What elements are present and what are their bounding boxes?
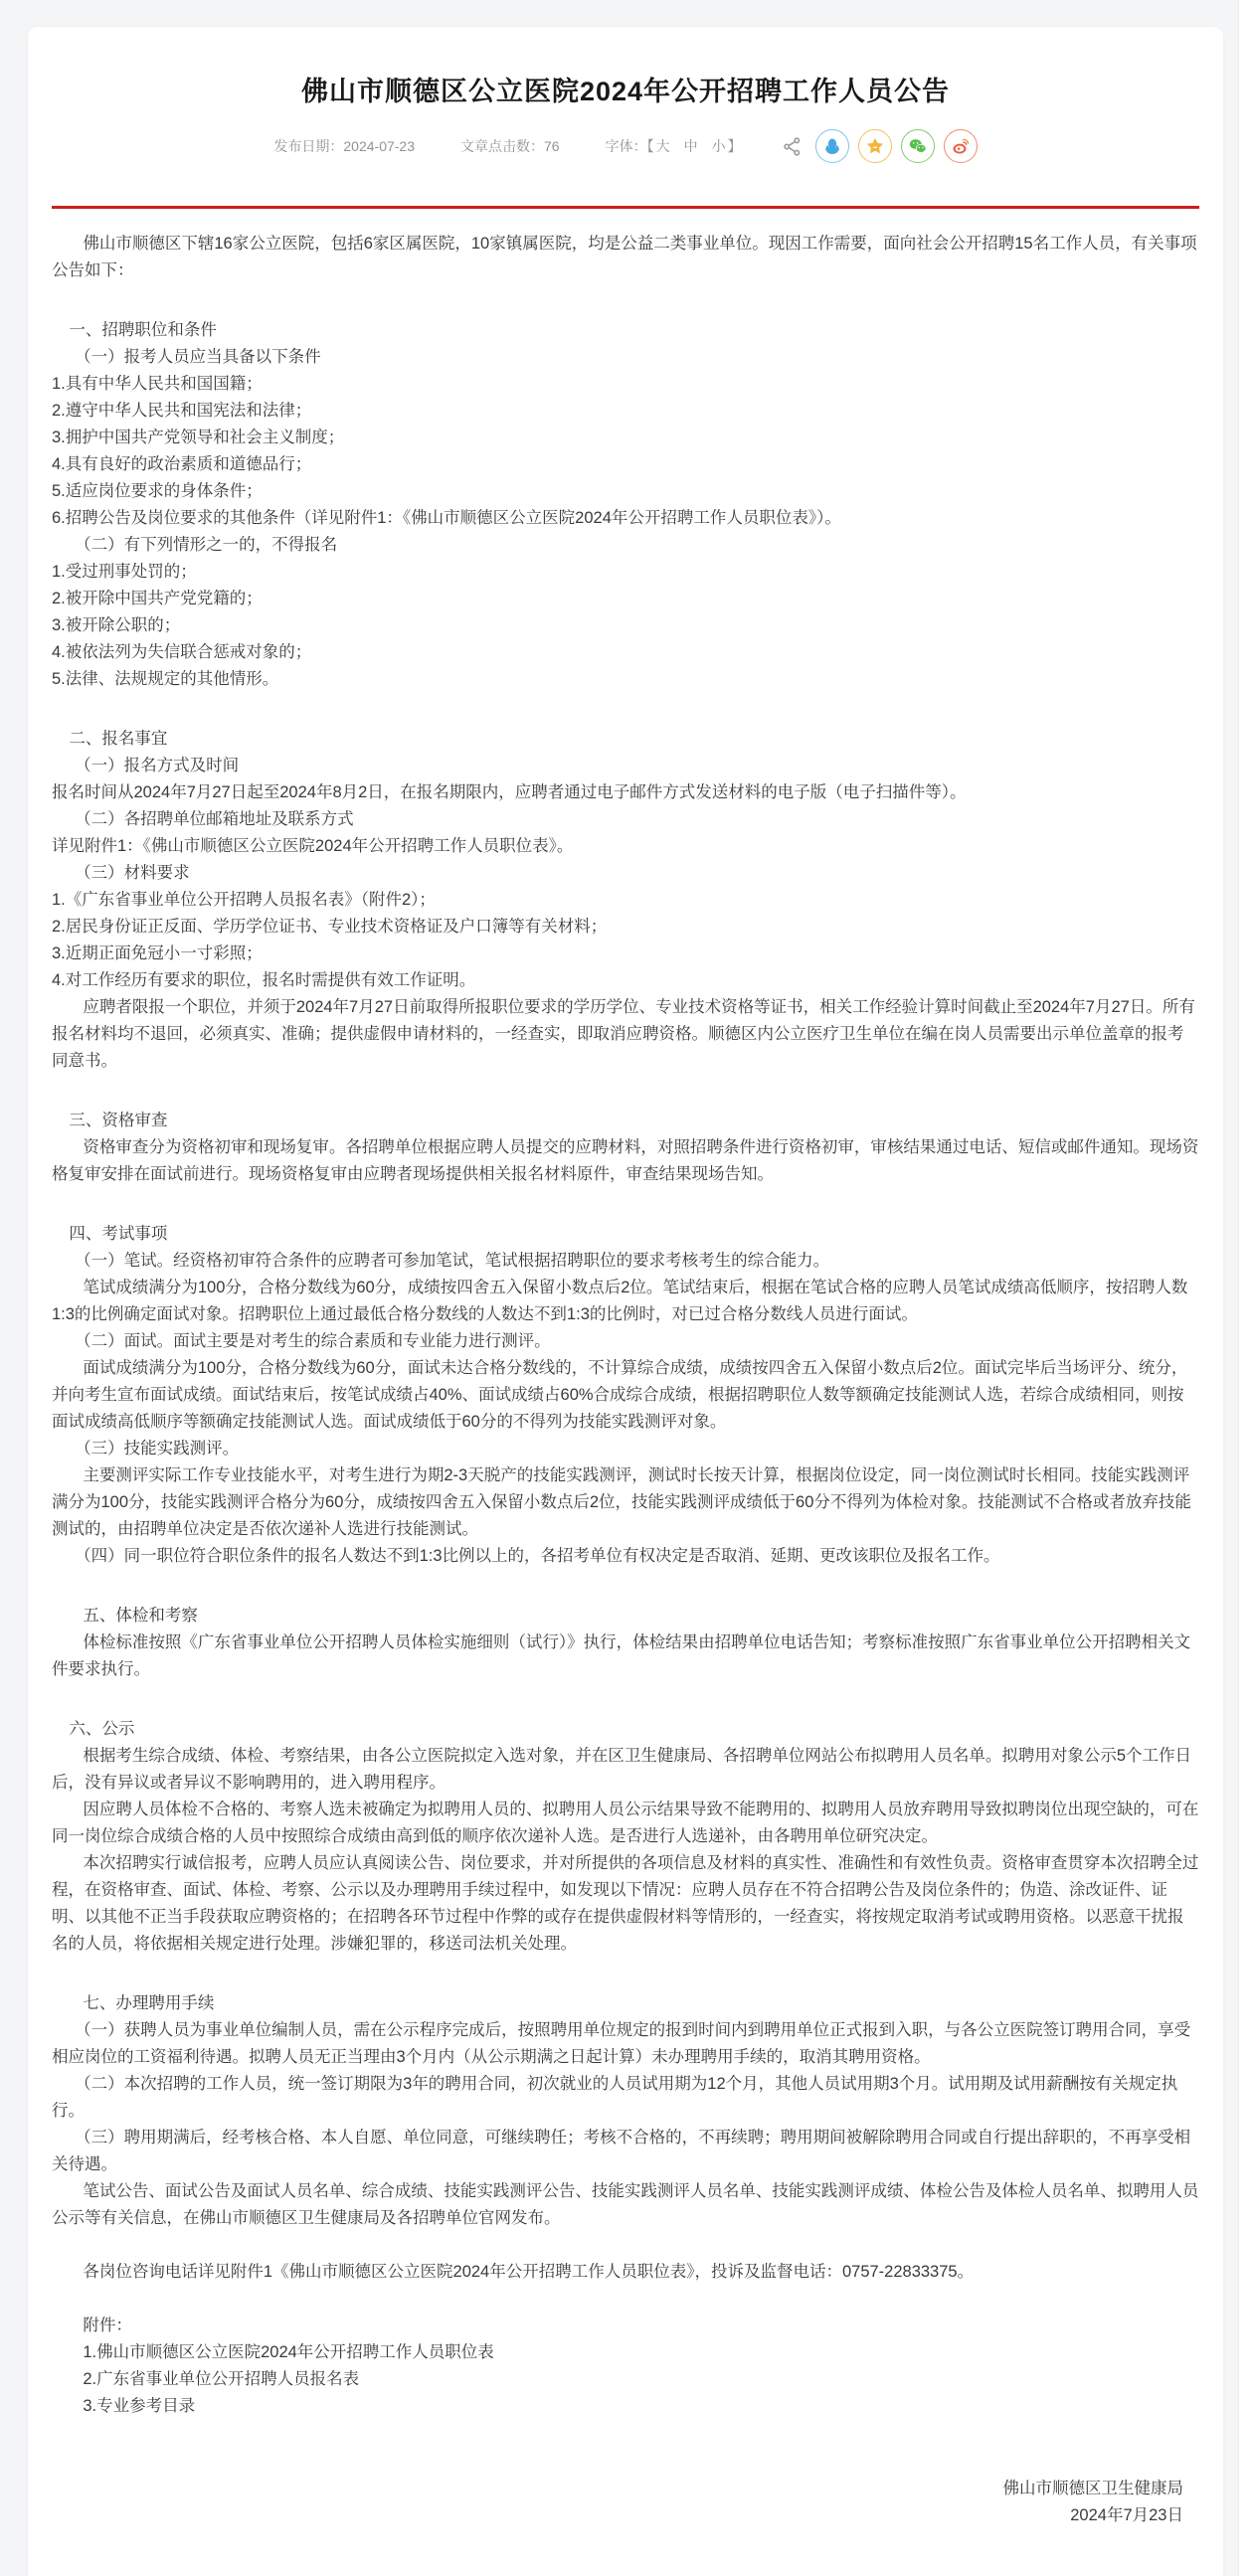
article-paragraph: 主要测评实际工作专业技能水平，对考生进行为期2-3天脱产的技能实践测评，测试时长…: [52, 1462, 1199, 1543]
article-paragraph: 详见附件1：《佛山市顺德区公立医院2024年公开招聘工作人员职位表》。: [52, 833, 1199, 860]
article-hits: 文章点击数：76: [460, 136, 560, 156]
font-size-large[interactable]: 大: [656, 136, 670, 156]
share-toolbar: [782, 129, 978, 163]
article-paragraph: （二）有下列情形之一的，不得报名: [52, 532, 1199, 559]
hits-label: 文章点击数：: [460, 138, 544, 154]
publish-date: 发布日期：2024-07-23: [273, 136, 415, 156]
article-paragraph: 2.被开除中国共产党党籍的；: [52, 586, 1199, 612]
publish-date-value: 2024-07-23: [343, 138, 415, 154]
scrollbar[interactable]: [1238, 0, 1251, 2576]
article-paragraph: 1.佛山市顺德区公立医院2024年公开招聘工作人员职位表: [52, 2339, 1199, 2366]
article-content: 佛山市顺德区下辖16家公立医院，包括6家区属医院，10家镇属医院，均是公益二类事…: [52, 231, 1199, 2420]
article-paragraph: 佛山市顺德区下辖16家公立医院，包括6家区属医院，10家镇属医院，均是公益二类事…: [52, 231, 1199, 284]
article-paragraph: 4.具有良好的政治素质和道德品行；: [52, 451, 1199, 478]
share-wechat-icon[interactable]: [901, 129, 935, 163]
article-paragraph: 1.具有中华人民共和国国籍；: [52, 371, 1199, 398]
article-paragraph: 3.被开除公职的；: [52, 612, 1199, 639]
share-qzone-icon[interactable]: [858, 129, 892, 163]
article-paragraph: 3.拥护中国共产党领导和社会主义制度；: [52, 425, 1199, 451]
article-paragraph: （一）报考人员应当具备以下条件: [52, 344, 1199, 371]
article-card: 佛山市顺德区公立医院2024年公开招聘工作人员公告 发布日期：2024-07-2…: [28, 27, 1223, 2576]
article-paragraph: 4.被依法列为失信联合惩戒对象的；: [52, 639, 1199, 666]
font-size-small[interactable]: 小: [712, 136, 726, 156]
article-paragraph: （四）同一职位符合职位条件的报名人数达不到1:3比例以上的，各招考单位有权决定是…: [52, 1543, 1199, 1570]
article-paragraph: 因应聘人员体检不合格的、考察人选未被确定为拟聘用人员的、拟聘用人员公示结果导致不…: [52, 1797, 1199, 1850]
article-paragraph: （二）本次招聘的工作人员，统一签订期限为3年的聘用合同，初次就业的人员试用期为1…: [52, 2071, 1199, 2125]
hits-value: 76: [544, 138, 560, 154]
article-footer: 佛山市顺德区卫生健康局 2024年7月23日: [52, 2476, 1199, 2529]
article-paragraph: 五、体检和考察: [52, 1603, 1199, 1630]
share-weibo-icon[interactable]: [944, 129, 978, 163]
article-paragraph: 本次招聘实行诚信报考，应聘人员应认真阅读公告、岗位要求，并对所提供的各项信息及材…: [52, 1850, 1199, 1958]
article-paragraph: （二）面试。面试主要是对考生的综合素质和专业能力进行测评。: [52, 1328, 1199, 1355]
font-size-selector: 字体：【大中小】: [606, 136, 742, 156]
article-paragraph: 2.居民身份证正反面、学历学位证书、专业技术资格证及户口簿等有关材料；: [52, 914, 1199, 941]
article-paragraph: （一）获聘人员为事业单位编制人员，需在公示程序完成后，按照聘用单位规定的报到时间…: [52, 2017, 1199, 2071]
article-paragraph: 四、考试事项: [52, 1221, 1199, 1248]
article-paragraph: （三）聘用期满后，经考核合格、本人自愿、单位同意，可继续聘任；考核不合格的，不再…: [52, 2125, 1199, 2178]
article-paragraph: 报名时间从2024年7月27日起至2024年8月2日，在报名期限内，应聘者通过电…: [52, 779, 1199, 806]
article-paragraph: 2.广东省事业单位公开招聘人员报名表: [52, 2366, 1199, 2393]
article-paragraph: 1.受过刑事处罚的；: [52, 559, 1199, 586]
share-qq-icon[interactable]: [815, 129, 849, 163]
divider-line: [52, 206, 1199, 209]
article-paragraph: 一、招聘职位和条件: [52, 317, 1199, 344]
article-paragraph: （一）报名方式及时间: [52, 753, 1199, 779]
article-paragraph: 2.遵守中华人民共和国宪法和法律；: [52, 398, 1199, 425]
article-paragraph: （一）笔试。经资格初审符合条件的应聘者可参加笔试，笔试根据招聘职位的要求考核考生…: [52, 1248, 1199, 1275]
issue-date: 2024年7月23日: [52, 2502, 1183, 2529]
bracket-open: 【: [647, 138, 654, 154]
publish-date-label: 发布日期：: [273, 138, 343, 154]
bracket-close: 】: [728, 138, 742, 154]
meta-bar: 发布日期：2024-07-23 文章点击数：76 字体：【大中小】: [52, 127, 1199, 165]
article-paragraph: 七、办理聘用手续: [52, 1990, 1199, 2017]
article-paragraph: 二、报名事宜: [52, 726, 1199, 753]
article-paragraph: 三、资格审查: [52, 1108, 1199, 1134]
article-paragraph: 1.《广东省事业单位公开招聘人员报名表》（附件2）；: [52, 887, 1199, 914]
article-paragraph: 根据考生综合成绩、体检、考察结果，由各公立医院拟定入选对象，并在区卫生健康局、各…: [52, 1743, 1199, 1797]
page-title: 佛山市顺德区公立医院2024年公开招聘工作人员公告: [52, 27, 1199, 110]
article-paragraph: 笔试成绩满分为100分，合格分数线为60分，成绩按四舍五入保留小数点后2位。笔试…: [52, 1275, 1199, 1328]
article-paragraph: 附件：: [52, 2313, 1199, 2339]
article-paragraph: 5.适应岗位要求的身体条件；: [52, 478, 1199, 505]
article-paragraph: 5.法律、法规规定的其他情形。: [52, 666, 1199, 693]
article-paragraph: 资格审查分为资格初审和现场复审。各招聘单位根据应聘人员提交的应聘材料，对照招聘条…: [52, 1134, 1199, 1188]
article-paragraph: 4.对工作经历有要求的职位，报名时需提供有效工作证明。: [52, 967, 1199, 994]
share-nodes-icon[interactable]: [782, 136, 803, 157]
article-paragraph: 应聘者限报一个职位，并须于2024年7月27日前取得所报职位要求的学历学位、专业…: [52, 994, 1199, 1075]
article-paragraph: （三）材料要求: [52, 860, 1199, 887]
article-paragraph: 6.招聘公告及岗位要求的其他条件（详见附件1：《佛山市顺德区公立医院2024年公…: [52, 505, 1199, 532]
font-label: 字体：: [606, 138, 647, 154]
article-paragraph: 笔试公告、面试公告及面试人员名单、综合成绩、技能实践测评公告、技能实践测评人员名…: [52, 2178, 1199, 2232]
article-paragraph: 面试成绩满分为100分，合格分数线为60分，面试未达合格分数线的，不计算综合成绩…: [52, 1355, 1199, 1436]
issuing-authority: 佛山市顺德区卫生健康局: [52, 2476, 1183, 2502]
article-paragraph: （三）技能实践测评。: [52, 1436, 1199, 1462]
article-paragraph: 各岗位咨询电话详见附件1《佛山市顺德区公立医院2024年公开招聘工作人员职位表》…: [52, 2259, 1199, 2286]
article-paragraph: 六、公示: [52, 1716, 1199, 1743]
article-paragraph: 3.近期正面免冠小一寸彩照；: [52, 941, 1199, 967]
font-size-medium[interactable]: 中: [684, 136, 698, 156]
article-paragraph: 3.专业参考目录: [52, 2393, 1199, 2420]
article-paragraph: （二）各招聘单位邮箱地址及联系方式: [52, 806, 1199, 833]
article-paragraph: 体检标准按照《广东省事业单位公开招聘人员体检实施细则（试行）》执行，体检结果由招…: [52, 1630, 1199, 1683]
